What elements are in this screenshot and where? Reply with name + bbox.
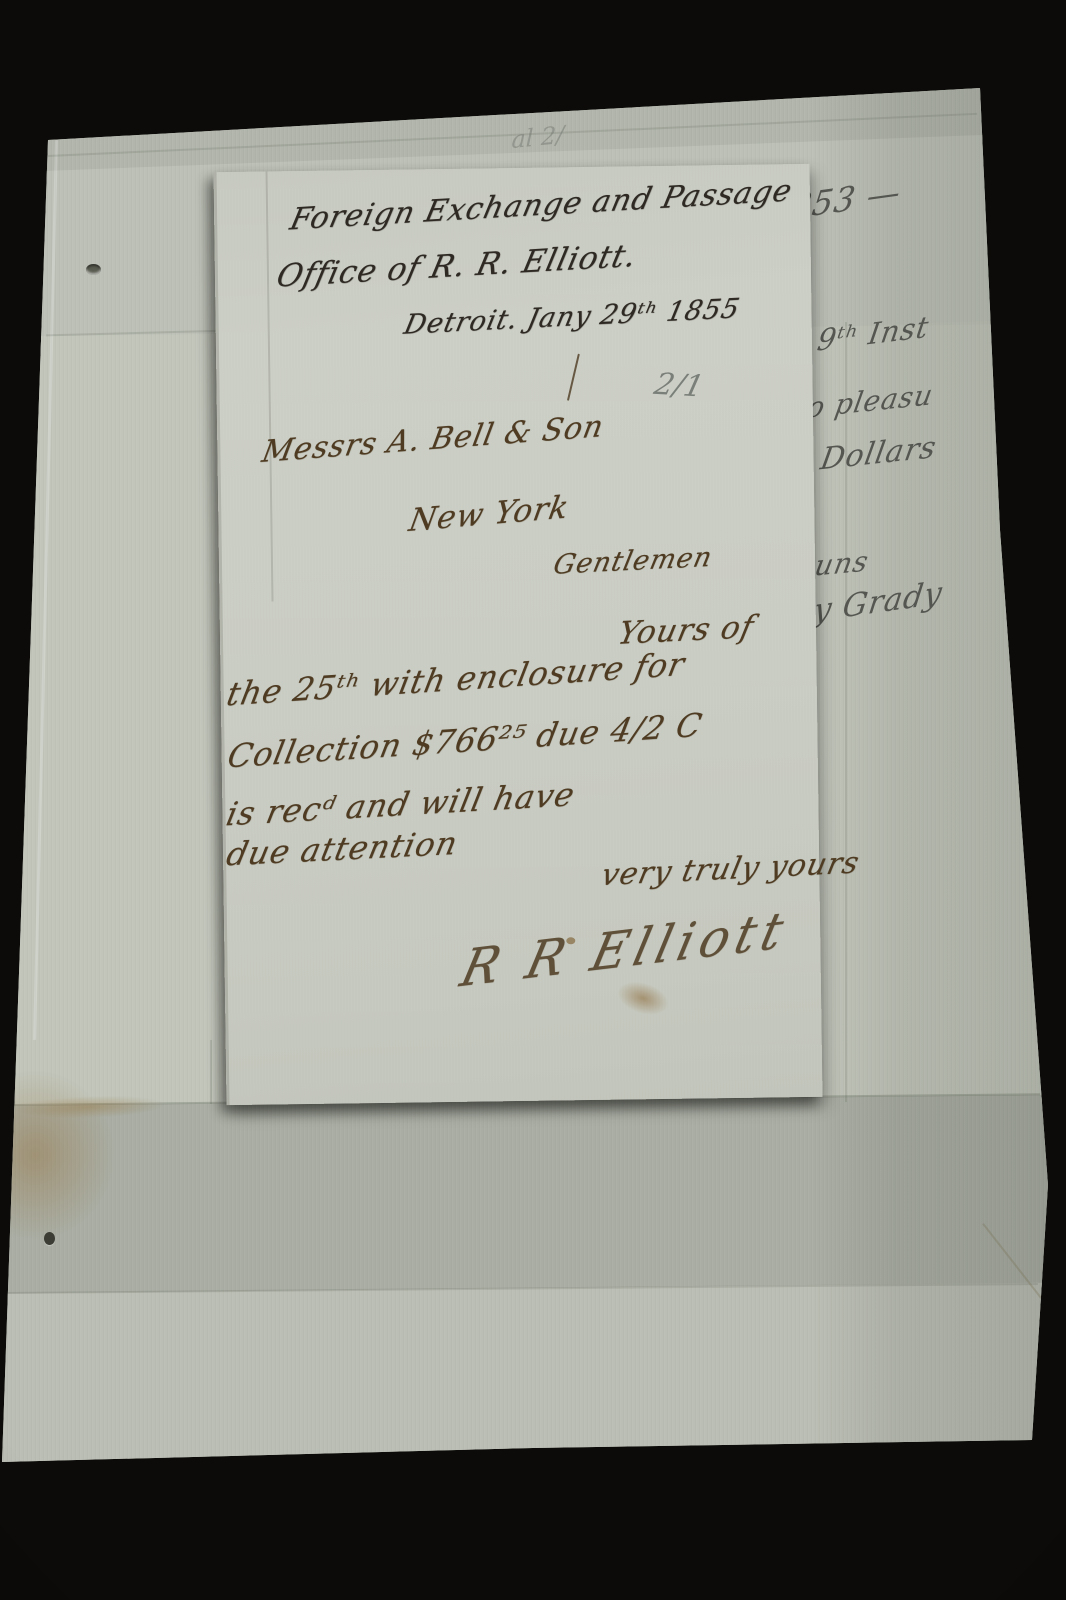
pencil-note: 2/1 [651,370,706,402]
hidden-letter-fragment-uns: uns [812,547,871,580]
elliott-letter-sheet: Foreign Exchange and Passage Office of R… [214,164,823,1105]
pencil-note-top: al 2/ [511,122,565,152]
paper-hole [86,264,101,275]
photograph-of-antique-letter: al 2/ 853 — 9ᵗʰ Inst o pleasu d Dollars … [0,0,1066,1600]
paper-hole [44,1232,55,1245]
salutation: Gentlemen [551,544,715,579]
fold-crease-vertical [210,1040,212,1104]
